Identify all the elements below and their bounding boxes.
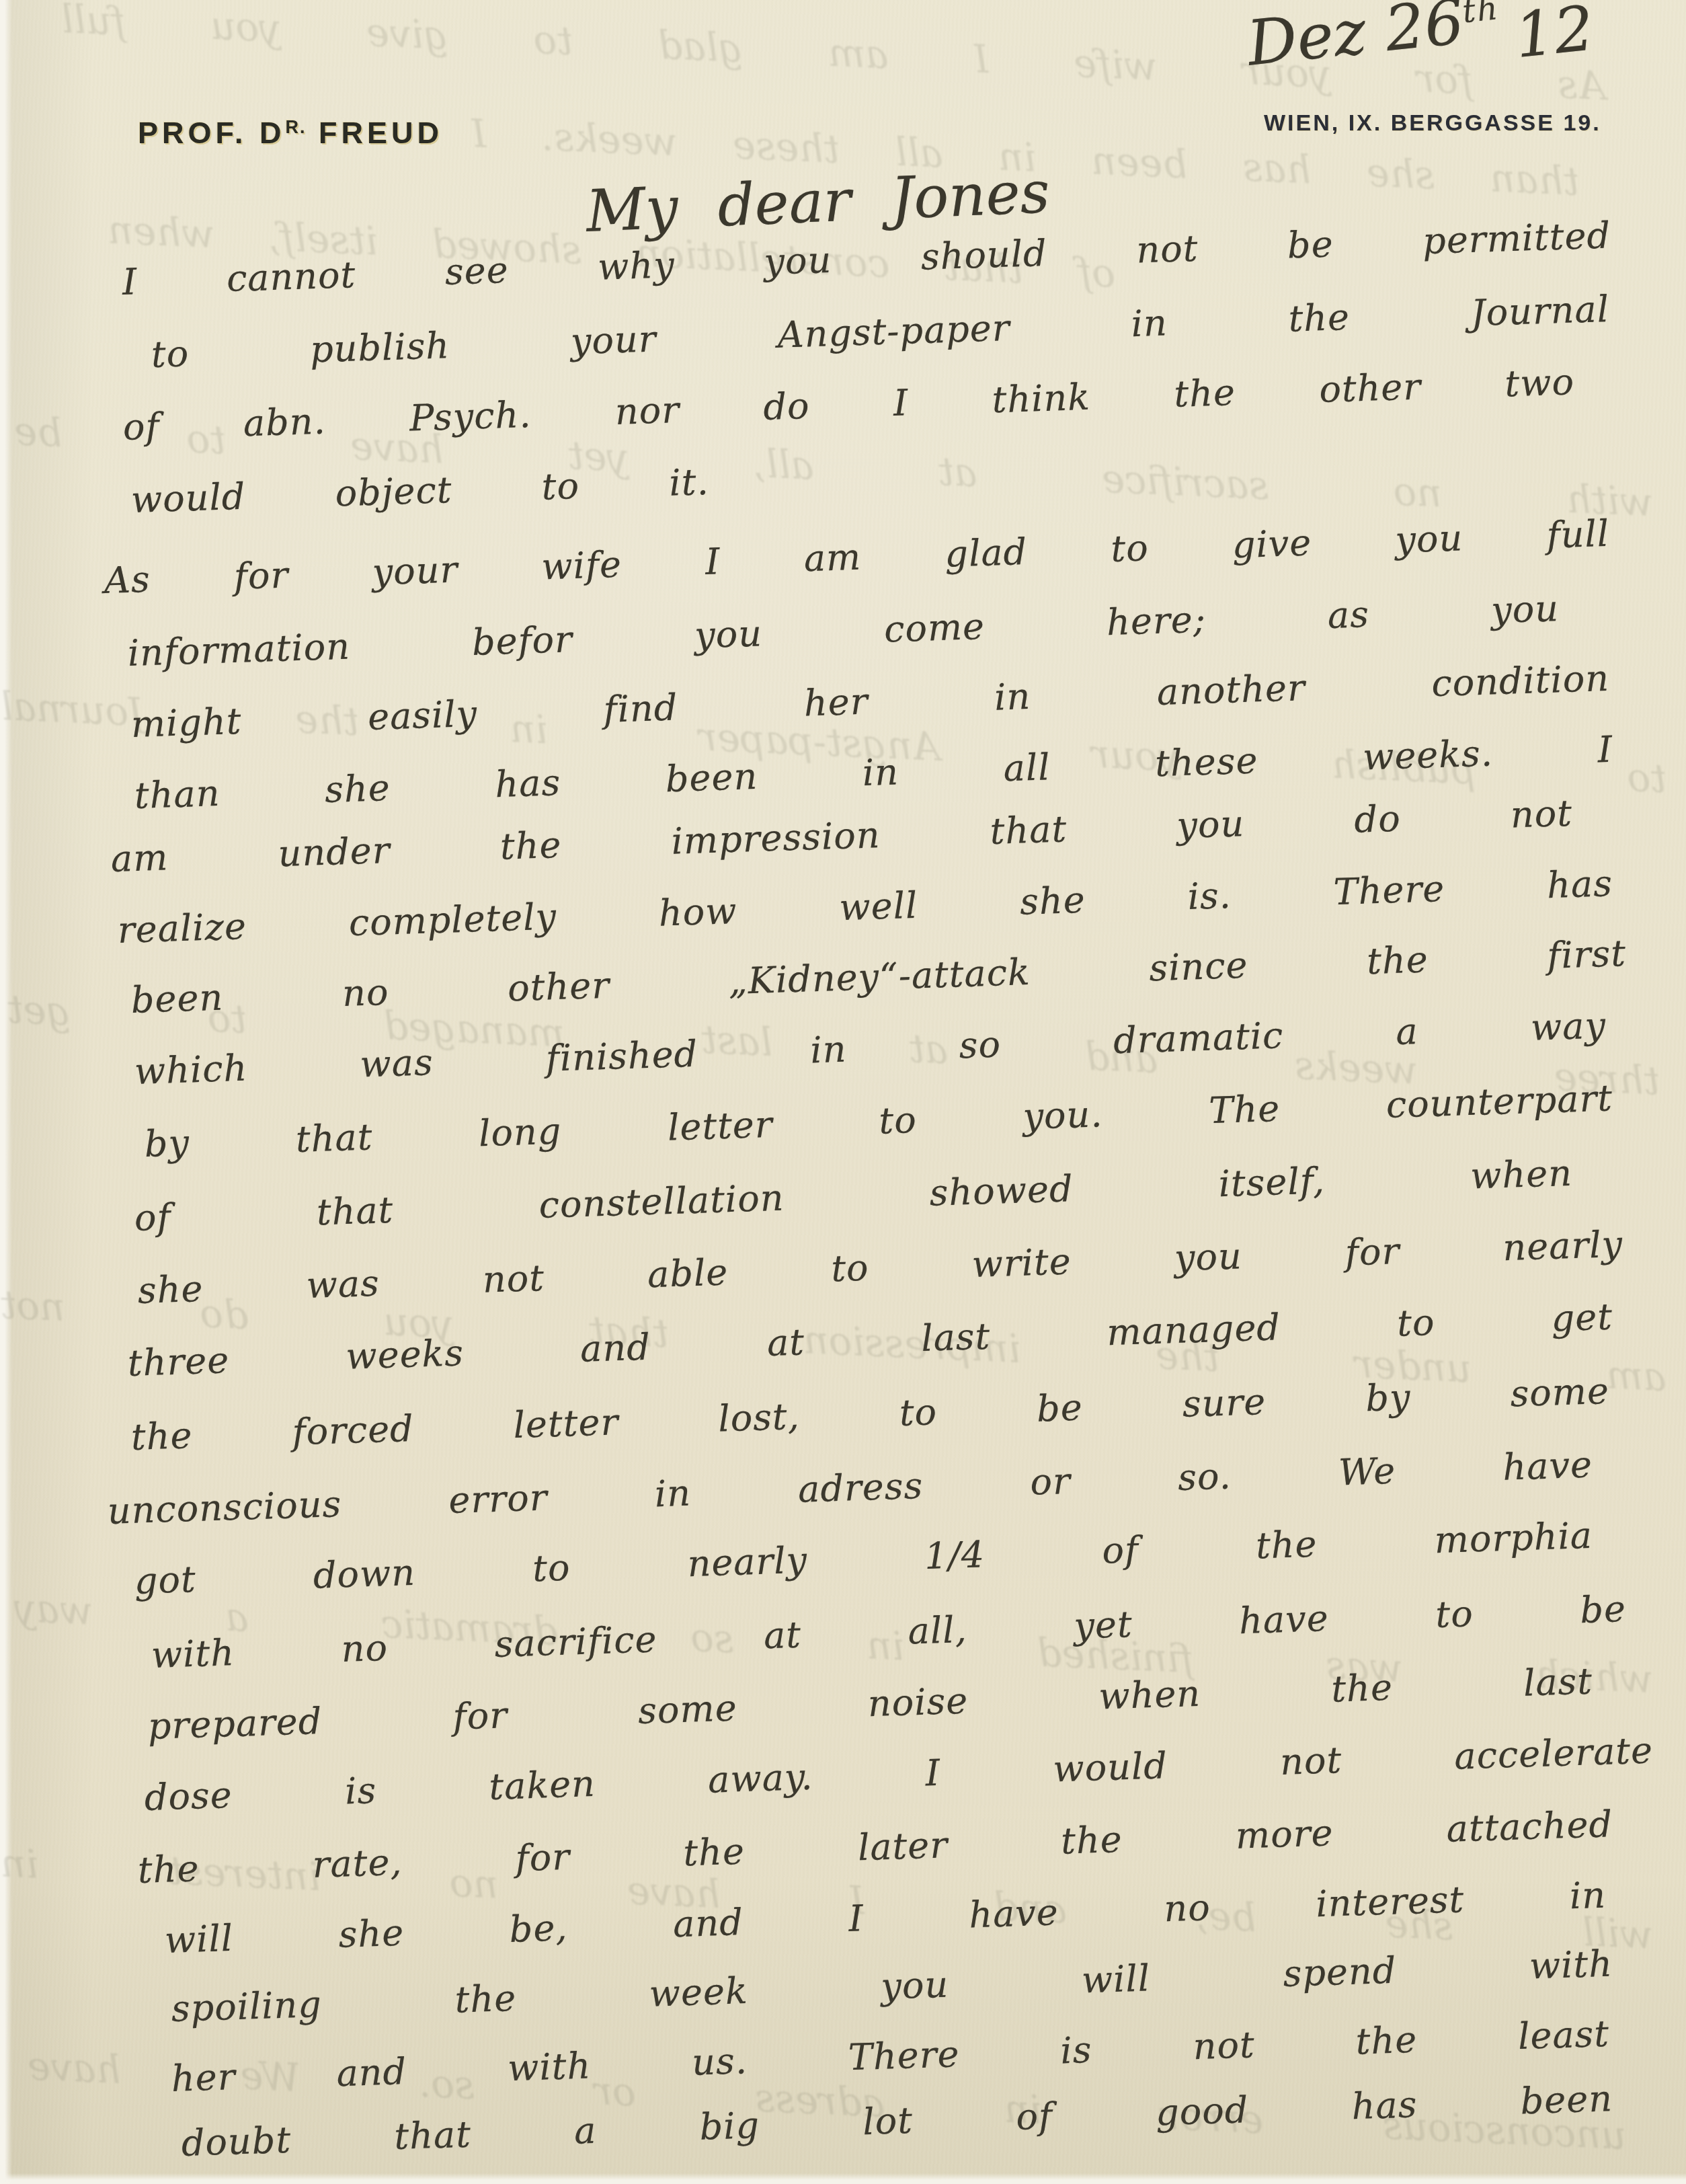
letter-line: might easily find her in another conditi… [130,660,1610,744]
letter-line: by that long letter to you. The counterp… [144,1079,1613,1163]
letter-line: dose is taken away. I would not accelera… [144,1731,1654,1817]
letter-line: she was not able to write you for nearly [137,1226,1623,1311]
letter-line: the rate, for the later the more attache… [137,1805,1613,1890]
letterhead-name: PROF. DR. FREUD [138,116,443,151]
letter-line: will she be, and I have no interest in [164,1877,1607,1960]
letterhead-address: WIEN, IX. BERGGASSE 19. [1264,110,1601,136]
letterhead-name-prefix: PROF. D [138,116,286,150]
letter-line: the forced letter lost, to be sure by so… [130,1372,1610,1457]
letter-line: unconscious error in adress or so. We ha… [107,1446,1593,1531]
date-ordinal: th [1461,0,1500,31]
letter-line: would object to it. [130,463,709,520]
date-year: 12 [1511,0,1597,72]
letter-line: realize completely how well she is. Ther… [117,865,1613,950]
letter-date: Dez 26th12 [1244,0,1595,77]
letterhead-name-superscript: R. [286,117,307,137]
letter-page: As for your wife I am glad to give you f… [0,0,1686,2184]
letter-line: which was finished in so dramatic a way [134,1007,1607,1091]
letter-line: to publish your Angst-paper in the Journ… [151,290,1610,375]
letter-line: of abn. Psych. nor do I think the other … [122,363,1575,447]
letter-line: information befor you come here; as you [127,590,1560,673]
letter-line: prepared for some noise when the last [147,1662,1593,1746]
letter-line: As for your wife I am glad to give you f… [104,515,1610,600]
letterhead-name-rest: FREUD [307,116,444,150]
letter-line: been no other „Kidney“-attack since the … [130,935,1627,1020]
letter-line: got down to nearly 1/4 of the morphia [134,1517,1593,1601]
date-main: Dez 26 [1244,0,1467,80]
letter-line: spoiling the week you will spend with [171,1945,1613,2029]
letter-line: of that constellation showed itself, whe… [134,1155,1573,1238]
letter-line: three weeks and at last managed to get [127,1298,1613,1383]
letter-line: with no sacrifice at all, yet have to be [151,1590,1627,1675]
salutation: My dear Jones [585,162,1051,242]
